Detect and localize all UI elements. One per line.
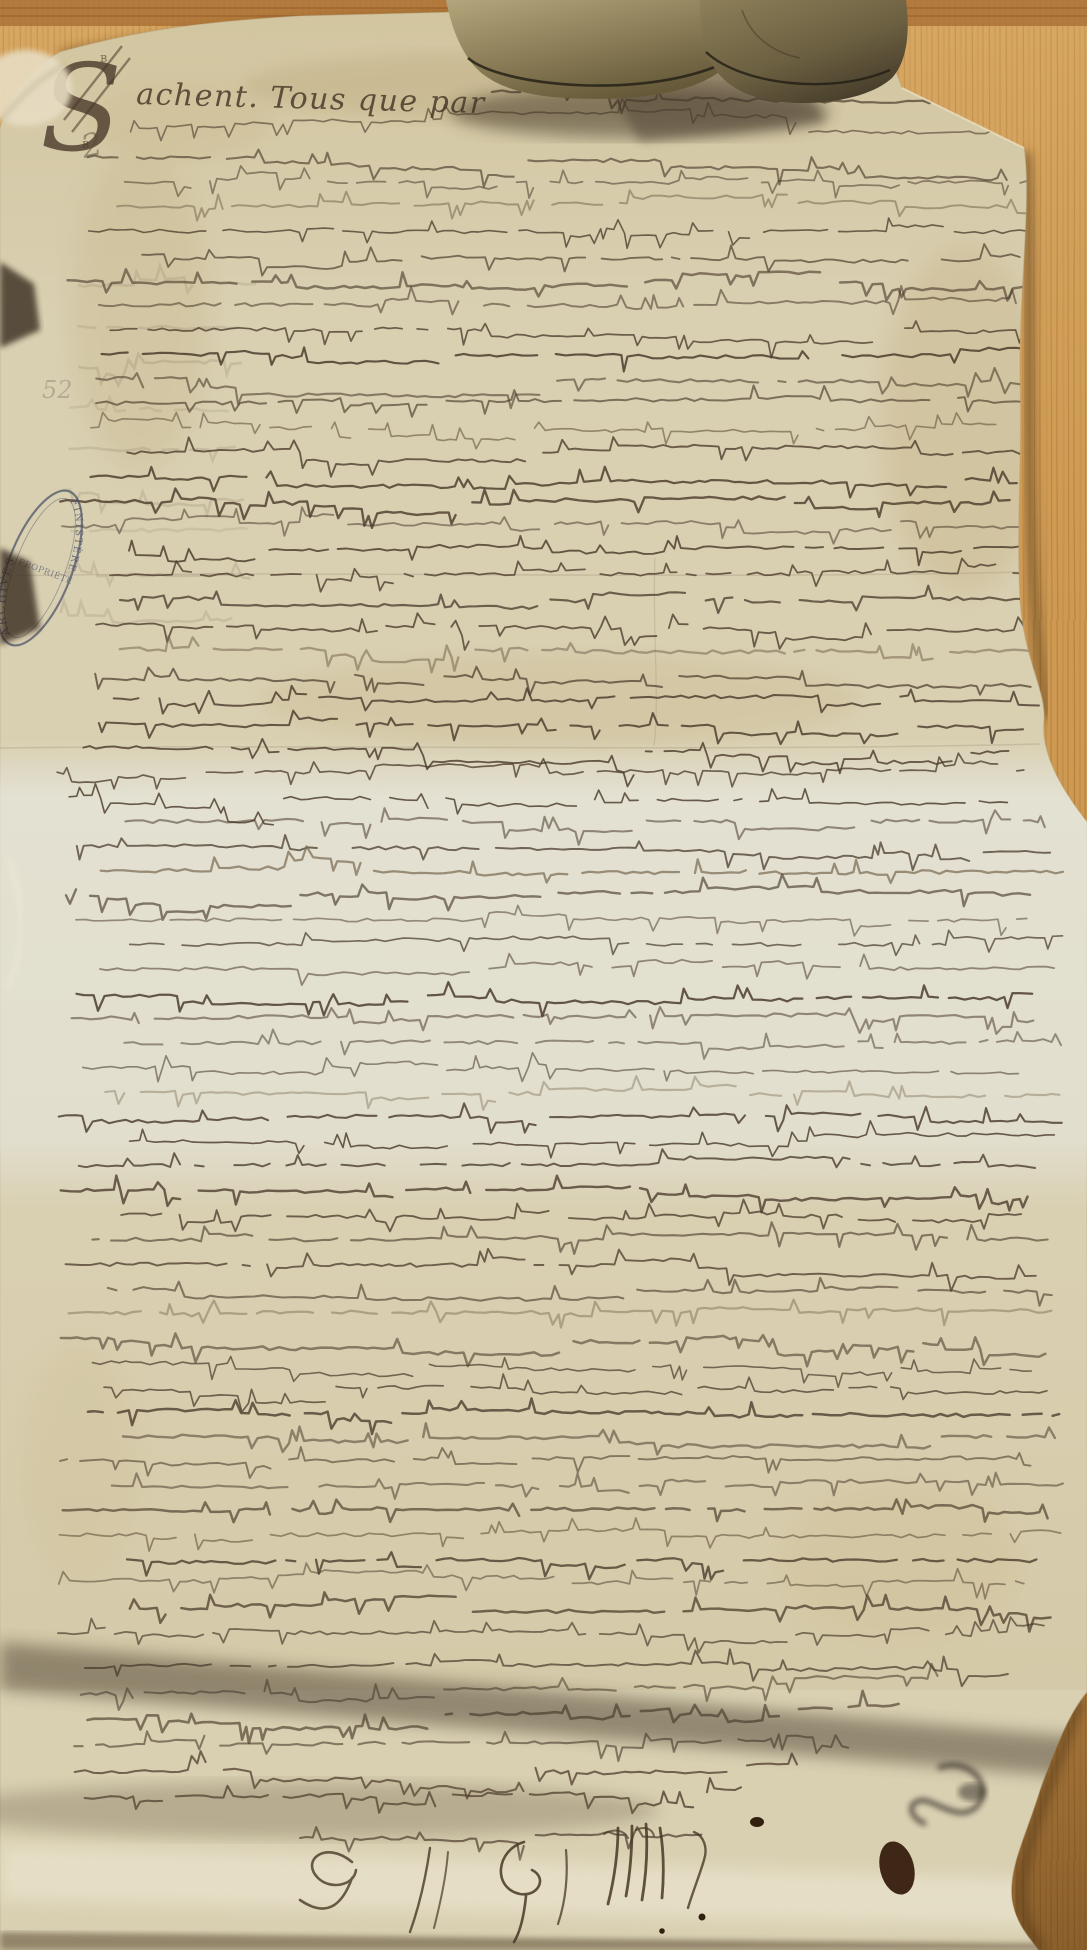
- parchment-sheet: S ʙ ʙ achent. Tous que par 2 52 ARCHIVES…: [0, 0, 1087, 1950]
- parchment-hole-small: [750, 1817, 764, 1827]
- svg-text:ʙ: ʙ: [100, 51, 107, 66]
- manuscript-photo: S ʙ ʙ achent. Tous que par 2 52 ARCHIVES…: [0, 0, 1087, 1950]
- parchment-cool-zone: [0, 740, 1087, 1210]
- margin-annotation-52: 52: [42, 376, 73, 404]
